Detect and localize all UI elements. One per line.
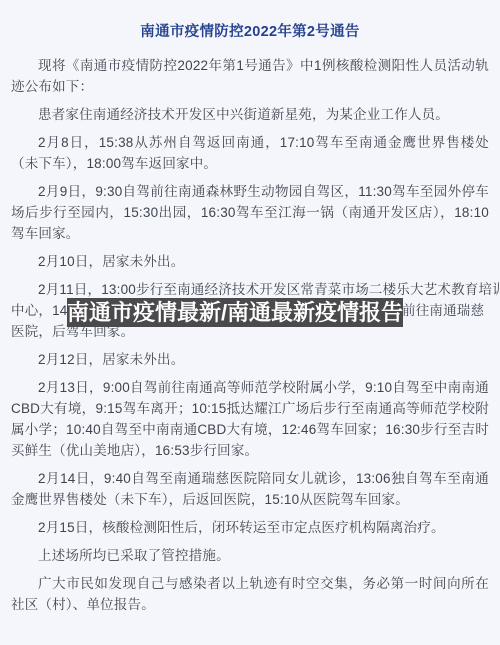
notice-paragraph: 患者家住南通经济技术开发区中兴街道新星苑，为某企业工作人员。: [11, 104, 489, 125]
notice-paragraph: 广大市民如发现自己与感染者以上轨迹有时空交集，务必第一时间向所在社区（村）、单位…: [11, 573, 489, 615]
notice-paragraph: 上述场所均已采取了管控措施。: [11, 545, 489, 566]
notice-paragraph: 2月13日，9:00自驾前往南通高等师范学校附属小学，9:10自驾至中南南通CB…: [11, 377, 489, 461]
notice-paragraph: 2月14日，9:40自驾至南通瑞慈医院陪同女儿就诊，13:06独自驾车至南通金鹰…: [11, 468, 489, 510]
notice-paragraph: 2月9日，9:30自驾前往南通森林野生动物园自驾区，11:30驾车至园外停车场后…: [11, 181, 489, 244]
notice-paragraph: 现将《南通市疫情防控2022年第1号通告》中1例核酸检测阳性人员活动轨迹公布如下…: [11, 55, 489, 97]
line-right-fragment: 前往南通瑞慈: [402, 300, 484, 321]
notice-page: 南通市疫情防控2022年第2号通告 现将《南通市疫情防控2022年第1号通告》中…: [0, 20, 500, 615]
notice-paragraph: 2月10日，居家未外出。: [11, 251, 489, 272]
notice-paragraph-watermarked: 2月11日，13:00步行至南通经济技术开发区常青菜市场二楼乐大艺术教育培训中心…: [11, 279, 489, 342]
notice-body: 现将《南通市疫情防控2022年第1号通告》中1例核酸检测阳性人员活动轨迹公布如下…: [11, 55, 489, 615]
watermark-banner: 南通市疫情最新/南通最新疫情报告: [67, 298, 403, 327]
notice-title: 南通市疫情防控2022年第2号通告: [11, 20, 489, 41]
notice-paragraph: 2月15日，核酸检测阳性后，闭环转运至市定点医疗机构隔离治疗。: [11, 517, 489, 538]
notice-paragraph: 2月8日，15:38从苏州自驾返回南通，17:10驾车至南通金鹰世界售楼处（未下…: [11, 132, 489, 174]
paragraph-line: 2月11日，13:00步行至南通经济技术开发区常青菜市场二楼乐大艺术教育培训: [11, 279, 489, 300]
notice-paragraph: 2月12日，居家未外出。: [11, 349, 489, 370]
